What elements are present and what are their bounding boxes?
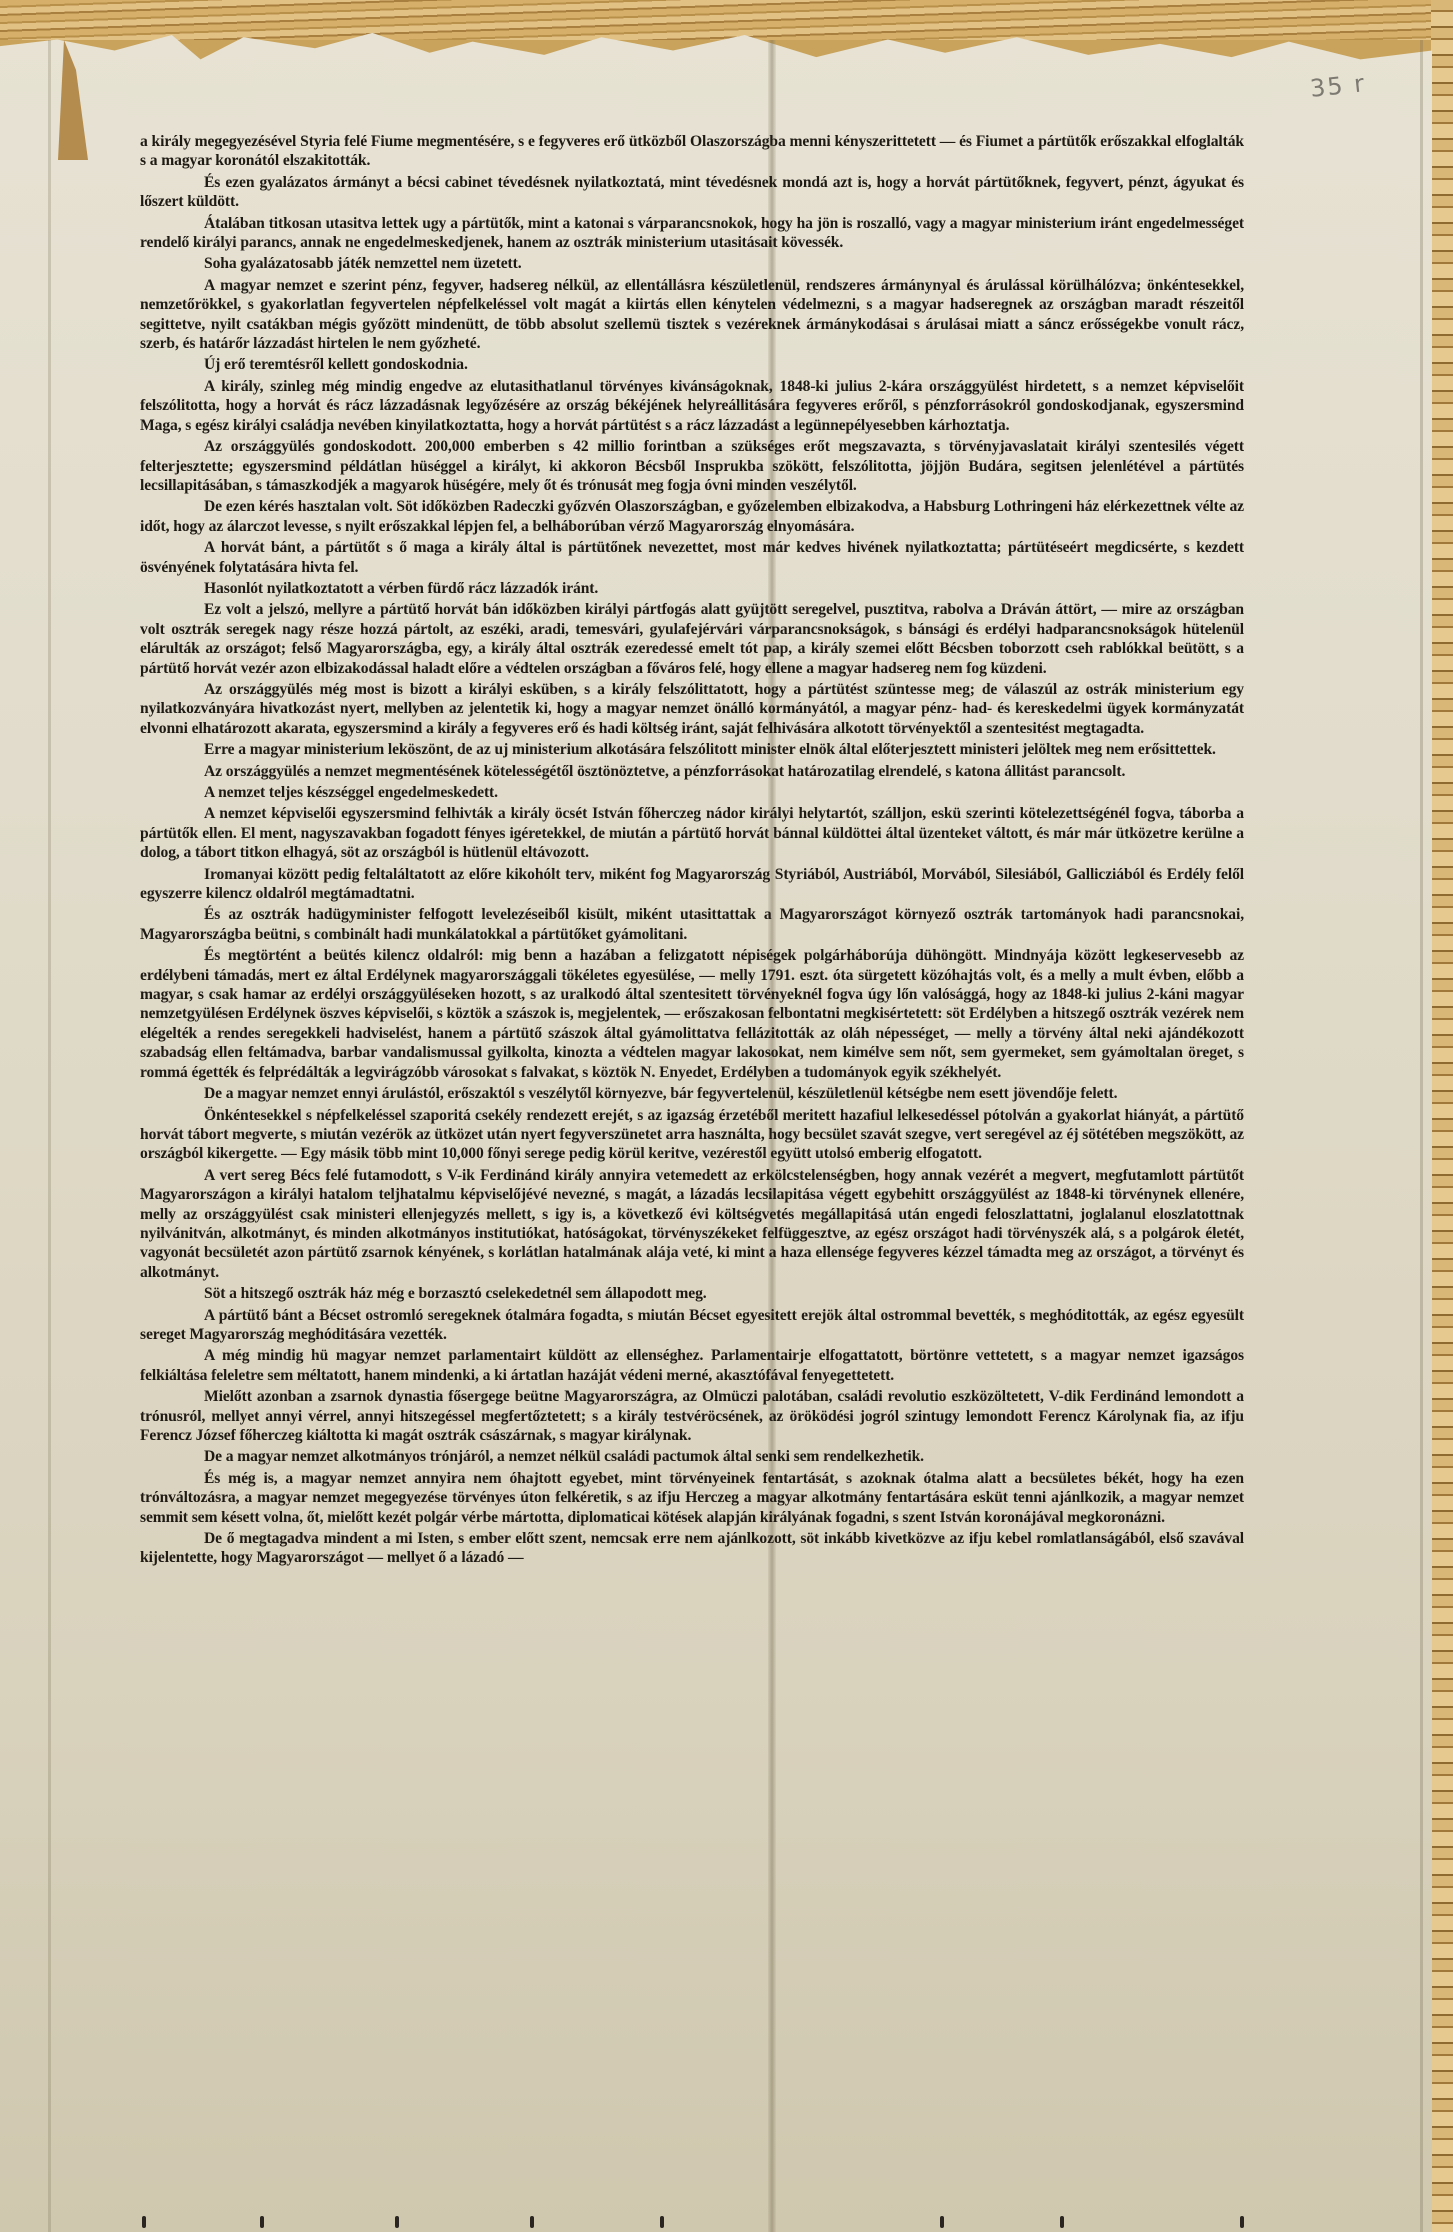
paragraph: De a magyar nemzet alkotmányos trónjáról…	[140, 1447, 1244, 1466]
paragraph: A horvát bánt, a pártütőt s ő maga a kir…	[140, 538, 1244, 577]
paragraph: Új erő teremtésről kellett gondoskodnia.	[140, 355, 1244, 374]
paragraph: És megtörtént a beütés kilencz oldalról:…	[140, 946, 1244, 1082]
paragraph: A magyar nemzet e szerint pénz, fegyver,…	[140, 276, 1244, 354]
paragraph: Hasonlót nyilatkoztatott a vérben fürdő …	[140, 579, 1244, 598]
paragraph: Az országgyülés a nemzet megmentésének k…	[140, 762, 1244, 781]
fold-line-left	[48, 40, 51, 2232]
paragraph: Az országgyülés még most is bizott a kir…	[140, 680, 1244, 738]
paragraph: A még mindig hü magyar nemzet parlamenta…	[140, 1346, 1244, 1385]
paragraph: a király megegyezésével Styria felé Fium…	[140, 132, 1244, 171]
paragraph: Átalában titkosan utasitva lettek ugy a …	[140, 214, 1244, 253]
wooden-surface-right	[1431, 0, 1453, 2232]
paragraph: Erre a magyar ministerium leköszönt, de …	[140, 740, 1244, 759]
pencil-page-annotation: 35 r	[1309, 69, 1368, 103]
paragraph: A nemzet képviselői egyszersmind felhivt…	[140, 804, 1244, 862]
paragraph: Az országgyülés gondoskodott. 200,000 em…	[140, 437, 1244, 495]
paragraph: És még is, a magyar nemzet annyira nem ó…	[140, 1469, 1244, 1527]
fold-line-right	[1420, 40, 1423, 2232]
paragraph: De ezen kérés hasztalan volt. Söt időköz…	[140, 497, 1244, 536]
paragraph: De a magyar nemzet ennyi árulástól, erős…	[140, 1084, 1244, 1103]
paragraph: A nemzet teljes készséggel engedelmesked…	[140, 783, 1244, 802]
bleed-through-marks	[0, 2212, 1432, 2232]
paragraph: De ő megtagadva mindent a mi Isten, s em…	[140, 1529, 1244, 1568]
paragraph: Söt a hitszegő osztrák ház még e borzasz…	[140, 1284, 1244, 1303]
paragraph: És az osztrák hadügyminister felfogott l…	[140, 905, 1244, 944]
paragraph: A pártütő bánt a Bécset ostromló seregek…	[140, 1306, 1244, 1345]
paragraph: A vert sereg Bécs felé futamodott, s V-i…	[140, 1166, 1244, 1282]
wooden-surface-top	[0, 0, 1453, 40]
paragraph: Iromanyai között pedig feltaláltatott az…	[140, 865, 1244, 904]
document-body: a király megegyezésével Styria felé Fium…	[140, 132, 1244, 1582]
paragraph: Mielőtt azonban a zsarnok dynastia főser…	[140, 1387, 1244, 1445]
paragraph: És ezen gyalázatos ármányt a bécsi cabin…	[140, 173, 1244, 212]
paragraph: A király, szinleg még mindig engedve az …	[140, 377, 1244, 435]
paragraph: Ez volt a jelszó, mellyre a pártütő horv…	[140, 600, 1244, 678]
paragraph: Önkéntesekkel s népfelkeléssel szaporitá…	[140, 1106, 1244, 1164]
paragraph: Soha gyalázatosabb játék nemzettel nem ü…	[140, 254, 1244, 273]
